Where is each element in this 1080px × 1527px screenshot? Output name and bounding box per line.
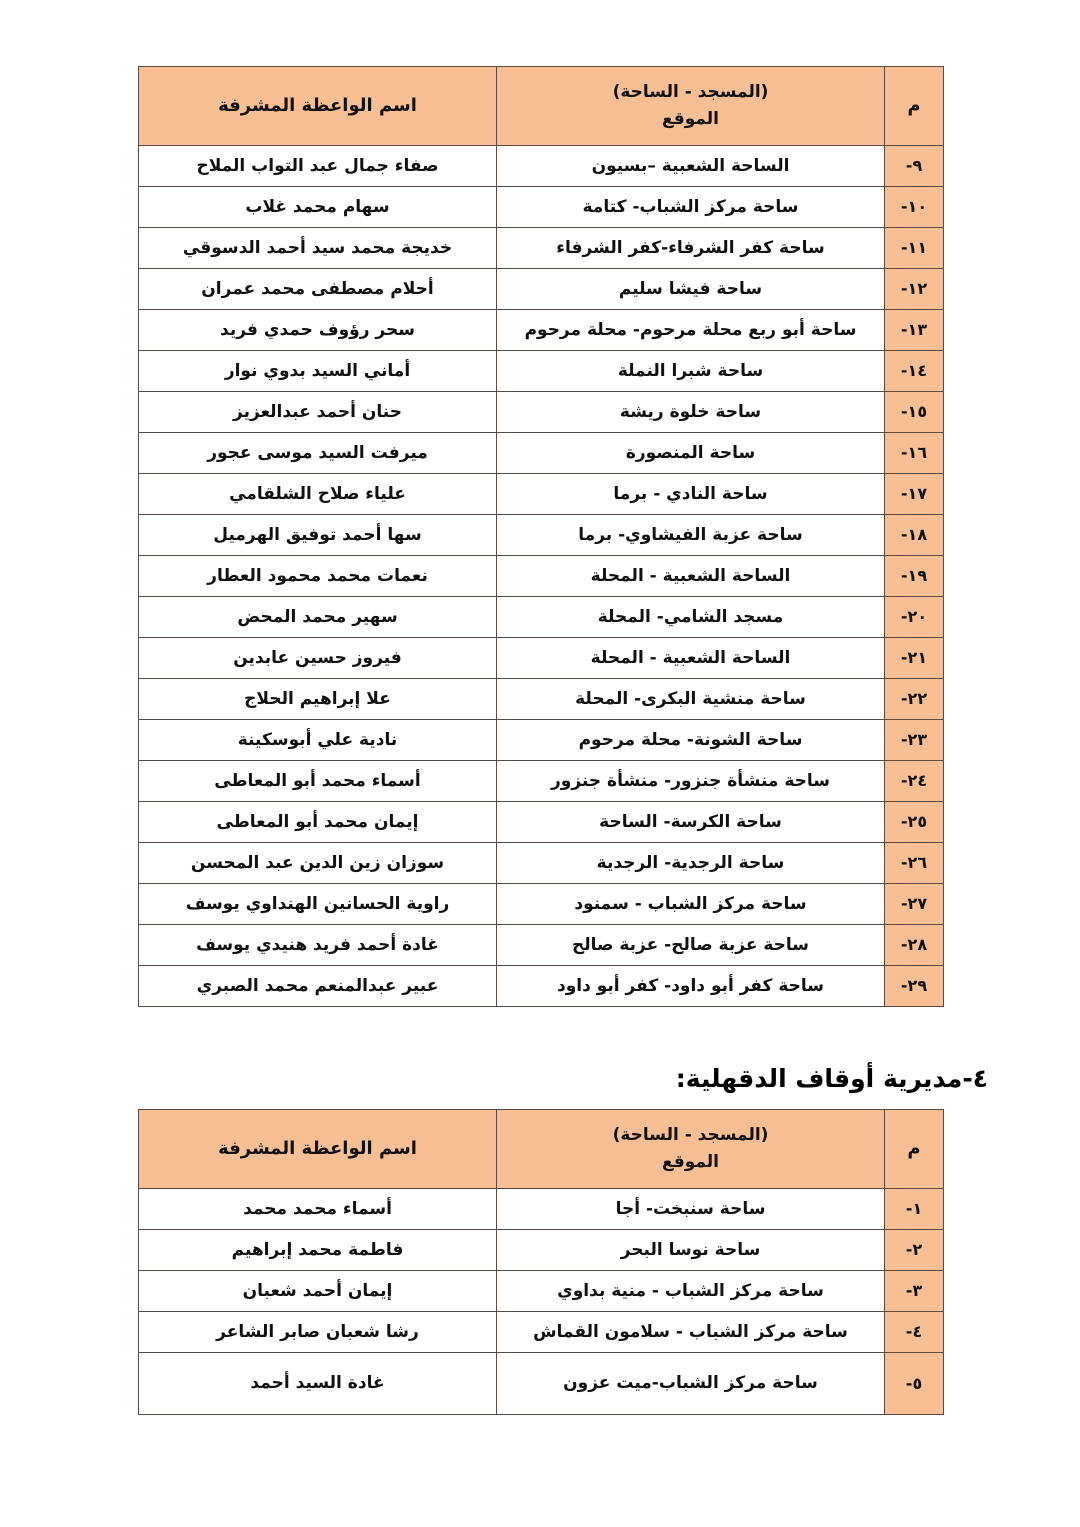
header-location-line2: الموقع [497, 1153, 884, 1172]
row-supervisor-name: علا إبراهيم الحلاج [139, 679, 497, 720]
row-supervisor-name: غادة السيد أحمد [139, 1353, 497, 1415]
row-location: ساحة النادي - برما [497, 474, 885, 515]
table-row: ٢١-الساحة الشعبية - المحلةفيروز حسين عاب… [139, 638, 944, 679]
row-location: ساحة شبرا النملة [497, 351, 885, 392]
row-supervisor-name: نعمات محمد محمود العطار [139, 556, 497, 597]
row-location: ساحة كفر أبو داود- كفر أبو داود [497, 966, 885, 1007]
row-supervisor-name: راوية الحسانين الهنداوي يوسف [139, 884, 497, 925]
row-location: ساحة الكرسة- الساحة [497, 802, 885, 843]
row-location: ساحة الرجدية- الرجدية [497, 843, 885, 884]
table-row: ٢٤-ساحة منشأة جنزور- منشأة جنزورأسماء مح… [139, 761, 944, 802]
row-number: ٩- [885, 146, 944, 187]
table-row: ١٠-ساحة مركز الشباب- كتامةسهام محمد غلاب [139, 187, 944, 228]
row-number: ١- [885, 1189, 944, 1230]
row-number: ١٠- [885, 187, 944, 228]
row-number: ١٩- [885, 556, 944, 597]
row-location: الساحة الشعبية - المحلة [497, 556, 885, 597]
row-supervisor-name: نادية علي أبوسكينة [139, 720, 497, 761]
row-supervisor-name: سحر رؤوف حمدي فريد [139, 310, 497, 351]
table-row: ٢٧-ساحة مركز الشباب - سمنودراوية الحساني… [139, 884, 944, 925]
header-location: (المسجد - الساحة) الموقع [497, 1110, 885, 1189]
row-location: ساحة منشأة جنزور- منشأة جنزور [497, 761, 885, 802]
row-number: ٢٠- [885, 597, 944, 638]
row-supervisor-name: صفاء جمال عبد التواب الملاح [139, 146, 497, 187]
header-location-line2: الموقع [497, 110, 884, 129]
row-location: ساحة مركز الشباب - سمنود [497, 884, 885, 925]
row-number: ٢٤- [885, 761, 944, 802]
row-number: ١٧- [885, 474, 944, 515]
row-number: ٥- [885, 1353, 944, 1415]
row-supervisor-name: أسماء محمد محمد [139, 1189, 497, 1230]
row-location: ساحة كفر الشرفاء-كفر الشرفاء [497, 228, 885, 269]
row-supervisor-name: حنان أحمد عبدالعزيز [139, 392, 497, 433]
table-row: ٢٨-ساحة عزبة صالح- عزبة صالحغادة أحمد فر… [139, 925, 944, 966]
row-number: ٢٨- [885, 925, 944, 966]
row-number: ٢١- [885, 638, 944, 679]
table-header-row: م (المسجد - الساحة) الموقع اسم الواعظة ا… [139, 1110, 944, 1189]
table-row: ١١-ساحة كفر الشرفاء-كفر الشرفاءخديجة محم… [139, 228, 944, 269]
row-location: ساحة عزبة صالح- عزبة صالح [497, 925, 885, 966]
table-row: ١-ساحة سنبخت- أجاأسماء محمد محمد [139, 1189, 944, 1230]
row-number: ١٤- [885, 351, 944, 392]
row-location: ساحة نوسا البحر [497, 1230, 885, 1271]
table-row: ١٣-ساحة أبو ربع محلة مرحوم- محلة مرحومسح… [139, 310, 944, 351]
row-number: ١٥- [885, 392, 944, 433]
table-row: ٢٣-ساحة الشونة- محلة مرحومنادية علي أبوس… [139, 720, 944, 761]
header-location-line1: (المسجد - الساحة) [497, 83, 884, 110]
table-row: ٥-ساحة مركز الشباب-ميت عزونغادة السيد أح… [139, 1353, 944, 1415]
table-row: ٣-ساحة مركز الشباب - منية بداويإيمان أحم… [139, 1271, 944, 1312]
row-supervisor-name: رشا شعبان صابر الشاعر [139, 1312, 497, 1353]
table-row: ١٤-ساحة شبرا النملةأماني السيد بدوي نوار [139, 351, 944, 392]
row-supervisor-name: عبير عبدالمنعم محمد الصبري [139, 966, 497, 1007]
row-location: ساحة منشية البكرى- المحلة [497, 679, 885, 720]
table-row: ٢٩-ساحة كفر أبو داود- كفر أبو داودعبير ع… [139, 966, 944, 1007]
row-number: ٢٧- [885, 884, 944, 925]
table-row: ١٧-ساحة النادي - برماعلياء صلاح الشلقامي [139, 474, 944, 515]
row-number: ١٦- [885, 433, 944, 474]
row-number: ٢- [885, 1230, 944, 1271]
row-location: الساحة الشعبية - المحلة [497, 638, 885, 679]
row-supervisor-name: إيمان محمد أبو المعاطى [139, 802, 497, 843]
row-supervisor-name: فاطمة محمد إبراهيم [139, 1230, 497, 1271]
row-number: ١١- [885, 228, 944, 269]
table-header-row: م (المسجد - الساحة) الموقع اسم الواعظة ا… [139, 67, 944, 146]
row-location: ساحة الشونة- محلة مرحوم [497, 720, 885, 761]
row-location: ساحة المنصورة [497, 433, 885, 474]
header-supervisor-name: اسم الواعظة المشرفة [139, 1110, 497, 1189]
table-row: ٢-ساحة نوسا البحرفاطمة محمد إبراهيم [139, 1230, 944, 1271]
row-supervisor-name: علياء صلاح الشلقامي [139, 474, 497, 515]
row-supervisor-name: سها أحمد توفيق الهرميل [139, 515, 497, 556]
table-row: ١٦-ساحة المنصورةميرفت السيد موسى عجور [139, 433, 944, 474]
row-number: ٢٥- [885, 802, 944, 843]
row-location: ساحة مركز الشباب - منية بداوي [497, 1271, 885, 1312]
row-supervisor-name: غادة أحمد فريد هنيدي يوسف [139, 925, 497, 966]
row-supervisor-name: سهام محمد غلاب [139, 187, 497, 228]
row-number: ٢٢- [885, 679, 944, 720]
row-number: ٤- [885, 1312, 944, 1353]
row-location: ساحة سنبخت- أجا [497, 1189, 885, 1230]
table-row: ١٢-ساحة فيشا سليمأحلام مصطفى محمد عمران [139, 269, 944, 310]
section-title-dakahlia: ٤-مديرية أوقاف الدقهلية: [676, 1064, 988, 1093]
row-number: ٢٣- [885, 720, 944, 761]
row-number: ٣- [885, 1271, 944, 1312]
row-location: ساحة خلوة ريشة [497, 392, 885, 433]
table-row: ١٩-الساحة الشعبية - المحلةنعمات محمد محم… [139, 556, 944, 597]
row-location: الساحة الشعبية –بسيون [497, 146, 885, 187]
table-row: ١٨-ساحة عزبة الفيشاوي- برماسها أحمد توفي… [139, 515, 944, 556]
row-location: ساحة عزبة الفيشاوي- برما [497, 515, 885, 556]
row-number: ٢٩- [885, 966, 944, 1007]
row-number: ١٢- [885, 269, 944, 310]
supervisors-table-2: م (المسجد - الساحة) الموقع اسم الواعظة ا… [138, 1109, 944, 1415]
row-supervisor-name: خديجة محمد سيد أحمد الدسوقي [139, 228, 497, 269]
row-location: ساحة فيشا سليم [497, 269, 885, 310]
row-supervisor-name: سهير محمد المحض [139, 597, 497, 638]
header-number: م [885, 1110, 944, 1189]
row-location: ساحة مركز الشباب - سلامون القماش [497, 1312, 885, 1353]
row-supervisor-name: أسماء محمد أبو المعاطى [139, 761, 497, 802]
supervisors-table-1: م (المسجد - الساحة) الموقع اسم الواعظة ا… [138, 66, 944, 1007]
header-location: (المسجد - الساحة) الموقع [497, 67, 885, 146]
row-supervisor-name: أماني السيد بدوي نوار [139, 351, 497, 392]
table-row: ٢٢-ساحة منشية البكرى- المحلةعلا إبراهيم … [139, 679, 944, 720]
row-number: ٢٦- [885, 843, 944, 884]
table-row: ٤-ساحة مركز الشباب - سلامون القماشرشا شع… [139, 1312, 944, 1353]
row-supervisor-name: سوزان زين الدين عبد المحسن [139, 843, 497, 884]
row-supervisor-name: إيمان أحمد شعبان [139, 1271, 497, 1312]
row-supervisor-name: فيروز حسين عابدين [139, 638, 497, 679]
row-supervisor-name: ميرفت السيد موسى عجور [139, 433, 497, 474]
row-location: ساحة أبو ربع محلة مرحوم- محلة مرحوم [497, 310, 885, 351]
header-number: م [885, 67, 944, 146]
row-location: مسجد الشامي- المحلة [497, 597, 885, 638]
header-location-line1: (المسجد - الساحة) [497, 1126, 884, 1153]
row-location: ساحة مركز الشباب- كتامة [497, 187, 885, 228]
row-location: ساحة مركز الشباب-ميت عزون [497, 1353, 885, 1415]
table-row: ٢٦-ساحة الرجدية- الرجديةسوزان زين الدين … [139, 843, 944, 884]
header-supervisor-name: اسم الواعظة المشرفة [139, 67, 497, 146]
table-row: ١٥-ساحة خلوة ريشةحنان أحمد عبدالعزيز [139, 392, 944, 433]
table-row: ٢٥-ساحة الكرسة- الساحةإيمان محمد أبو الم… [139, 802, 944, 843]
table-row: ٩-الساحة الشعبية –بسيونصفاء جمال عبد الت… [139, 146, 944, 187]
row-supervisor-name: أحلام مصطفى محمد عمران [139, 269, 497, 310]
row-number: ١٣- [885, 310, 944, 351]
row-number: ١٨- [885, 515, 944, 556]
table-row: ٢٠-مسجد الشامي- المحلةسهير محمد المحض [139, 597, 944, 638]
